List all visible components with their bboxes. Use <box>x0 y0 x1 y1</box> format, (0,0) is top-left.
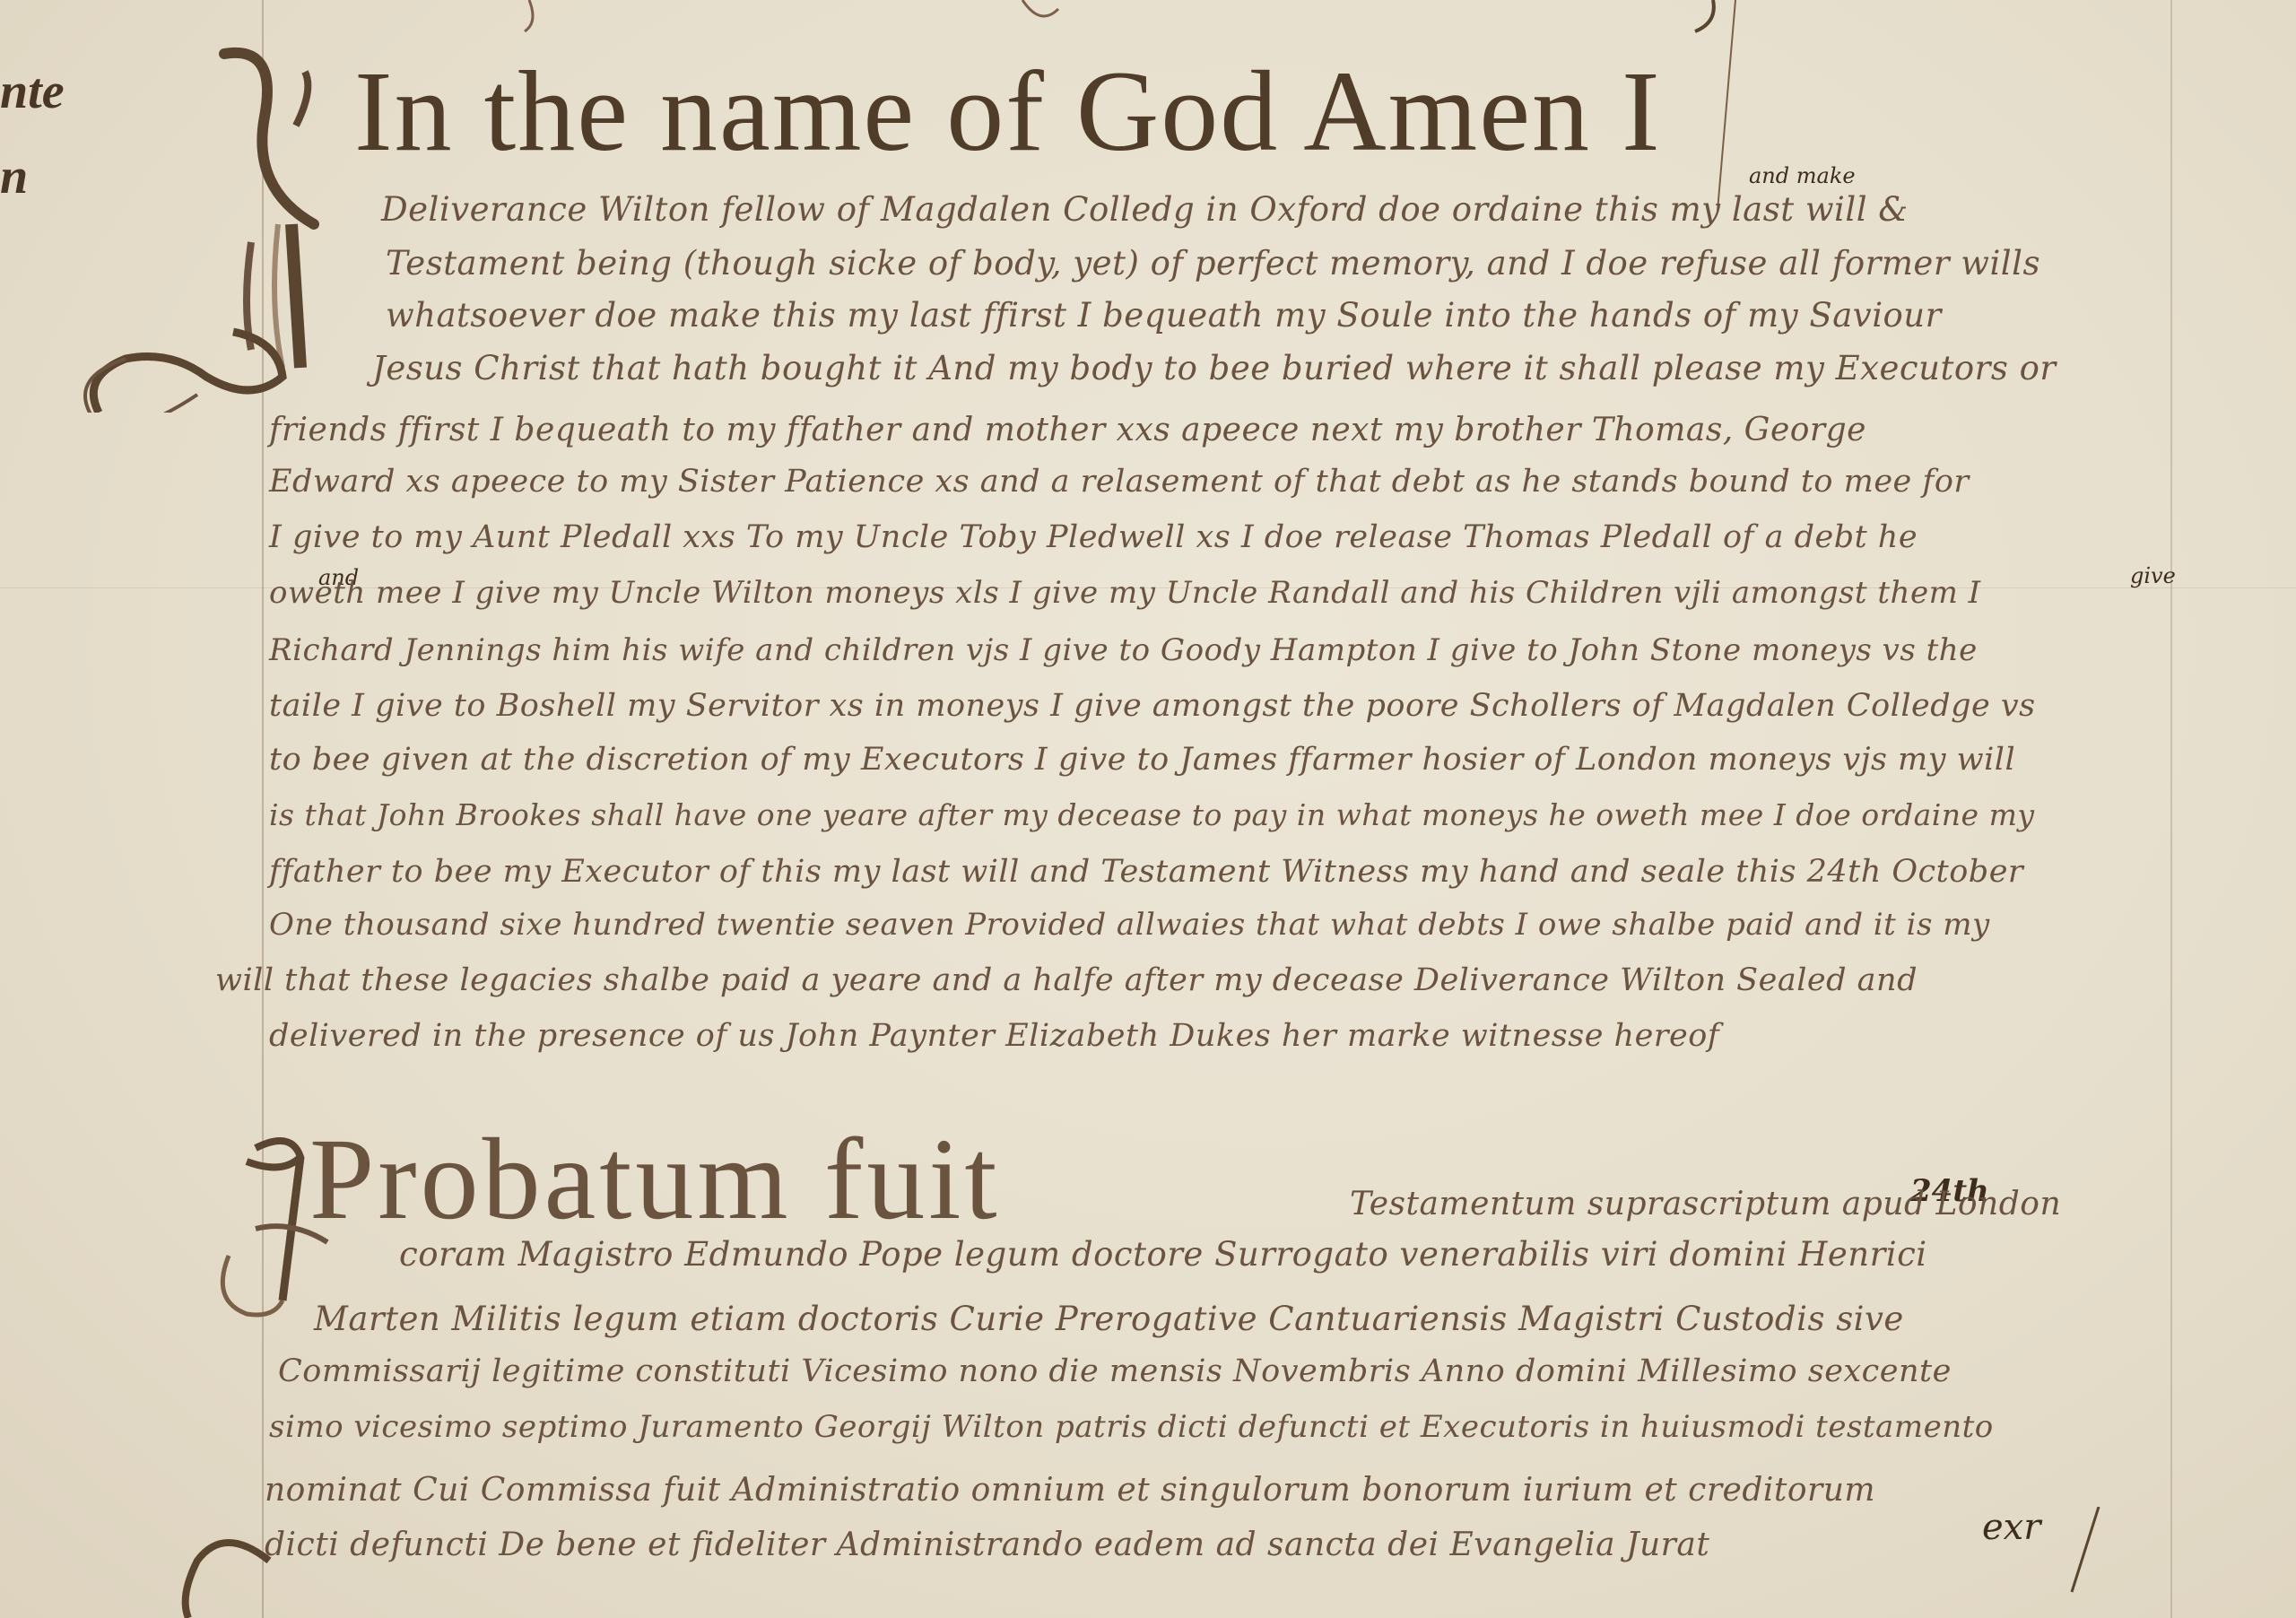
will-line-13: ffather to bee my Executor of this my la… <box>269 857 2023 888</box>
will-line-11: to bee given at the discretion of my Exe… <box>269 744 2015 776</box>
probate-line-7: dicti defuncti De bene et fideliter Admi… <box>265 1529 1709 1561</box>
will-heading: In the name of God Amen I <box>354 54 1662 169</box>
will-line-1: Deliverance Wilton fellow of Magdalen Co… <box>381 193 1909 226</box>
will-line-16: delivered in the presence of us John Pay… <box>269 1021 1719 1052</box>
will-line-14: One thousand sixe hundred twentie seaven… <box>269 909 1990 940</box>
probate-line-6: nominat Cui Commissa fuit Administratio … <box>265 1474 1875 1507</box>
margin-note-2: n <box>0 148 28 205</box>
will-line-15: will that these legacies shalbe paid a y… <box>215 965 1918 996</box>
probate-line-2: coram Magistro Edmundo Pope legum doctor… <box>399 1238 1927 1271</box>
probate-line-4: Commissarij legitime constituti Vicesimo… <box>278 1356 1952 1387</box>
manuscript-page: nte n In the name of God Amen I and make… <box>0 0 2296 1618</box>
will-line-5: friends ffirst I bequeath to my ffather … <box>269 414 1866 447</box>
will-line-4: Jesus Christ that hath bought it And my … <box>372 352 2057 385</box>
right-margin-ruling <box>2170 0 2172 1618</box>
interlinear-give: give <box>2130 563 2176 588</box>
interlinear-and-make: and make <box>1749 163 1856 188</box>
will-line-2: Testament being (though sicke of body, y… <box>386 247 2040 280</box>
will-line-10: taile I give to Boshell my Servitor xs i… <box>269 691 2036 722</box>
decorated-initial-i <box>72 36 359 413</box>
will-line-8: oweth mee I give my Uncle Wilton moneys … <box>269 578 1981 608</box>
top-text-fragments <box>520 0 1776 36</box>
will-line-12: is that John Brookes shall have one year… <box>269 800 2035 830</box>
stray-pen-stroke <box>1709 0 1744 215</box>
next-initial-fragment <box>170 1525 278 1618</box>
clerk-flourish <box>2054 1507 2108 1596</box>
will-line-9: Richard Jennings him his wife and childr… <box>269 635 1978 665</box>
probate-line-5: simo vicesimo septimo Juramento Georgij … <box>269 1412 1994 1442</box>
probate-line-1: Testamentum suprascriptum apud London <box>1350 1188 2061 1221</box>
will-line-7: I give to my Aunt Pledall xxs To my Uncl… <box>269 522 1918 553</box>
probate-heading: Probatum fuit <box>309 1121 1001 1238</box>
probate-line-3: Marten Militis legum etiam doctoris Curi… <box>314 1302 1904 1335</box>
will-line-6: Edward xs apeece to my Sister Patience x… <box>269 466 1970 498</box>
clerk-mark: exr <box>1982 1507 2040 1548</box>
will-line-3: whatsoever doe make this my last ffirst … <box>386 299 1942 332</box>
margin-note-1: nte <box>0 63 65 120</box>
